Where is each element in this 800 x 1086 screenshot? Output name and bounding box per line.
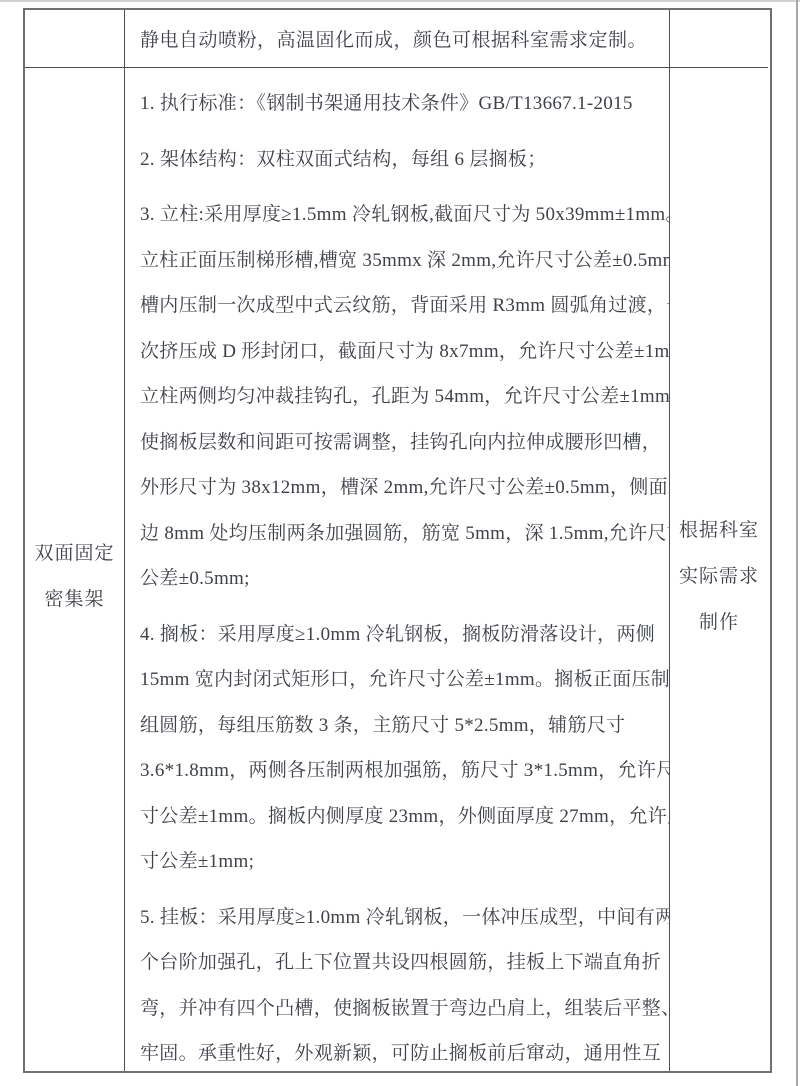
finish-row-description-cell: 静电自动喷粉，高温固化而成，颜色可根据科室需求定制。	[125, 10, 670, 68]
text-line: 实际需求	[679, 554, 759, 600]
spec-paragraph-upright-column: 3. 立柱:采用厚度≥1.5mm 冷轧钢板,截面尺寸为 50x39mm±1mm。…	[140, 192, 661, 602]
text-line: 密集架	[44, 577, 104, 623]
document-page: 静电自动喷粉，高温固化而成，颜色可根据科室需求定制。 双面固定密集架 1. 执行…	[0, 0, 800, 1086]
text-line: 双面固定	[34, 531, 114, 577]
text-line: 次挤压成 D 形封闭口，截面尺寸为 8x7mm，允许尺寸公差±1mm,	[140, 329, 661, 375]
text-line: 3.6*1.8mm，两侧各压制两根加强筋，筋尺寸 3*1.5mm，允许尺	[140, 748, 661, 794]
text-line: 根据科室	[679, 508, 759, 554]
text-line: 寸公差±1mm。搁板内侧厚度 23mm，外侧面厚度 27mm，允许尺	[140, 794, 661, 840]
spec-paragraph-standard: 1. 执行标准：《钢制书架通用技术条件》GB/T13667.1-2015	[140, 81, 661, 127]
specification-table: 静电自动喷粉，高温固化而成，颜色可根据科室需求定制。 双面固定密集架 1. 执行…	[23, 8, 772, 1073]
text-line: 边 8mm 处均压制两条加强圆筋，筋宽 5mm，深 1.5mm,允许尺寸	[140, 511, 661, 557]
text-line: 4. 搁板：采用厚度≥1.0mm 冷轧钢板，搁板防滑落设计，两侧	[140, 612, 661, 658]
finish-row-product-cell	[25, 10, 125, 68]
top-crop-line	[0, 0, 800, 2]
text-line: 使搁板层数和间距可按需调整，挂钩孔向内拉伸成腰形凹槽，	[140, 420, 661, 466]
specification-cell: 1. 执行标准：《钢制书架通用技术条件》GB/T13667.1-2015 2. …	[125, 68, 670, 1071]
product-name-cell: 双面固定密集架	[25, 68, 125, 1071]
text-line: 槽内压制一次成型中式云纹筋，背面采用 R3mm 圆弧角过渡，一	[140, 283, 661, 329]
spec-paragraph-hang-plate: 5. 挂板：采用厚度≥1.0mm 冷轧钢板，一体冲压成型，中间有两个台阶加强孔，…	[140, 895, 661, 1072]
text-line: 3. 立柱:采用厚度≥1.5mm 冷轧钢板,截面尺寸为 50x39mm±1mm。	[140, 192, 661, 238]
text-line: 立柱两侧均匀冲裁挂钩孔，孔距为 54mm，允许尺寸公差±1mm,	[140, 374, 661, 420]
text-line: 弯，并冲有四个凸槽，使搁板嵌置于弯边凸肩上，组装后平整、	[140, 986, 661, 1032]
text-line: 1. 执行标准：《钢制书架通用技术条件》GB/T13667.1-2015	[140, 81, 661, 127]
text-line: 寸公差±1mm;	[140, 839, 661, 885]
spec-paragraph-shelf-board: 4. 搁板：采用厚度≥1.0mm 冷轧钢板，搁板防滑落设计，两侧15mm 宽内封…	[140, 612, 661, 885]
remark-cell: 根据科室实际需求制作	[670, 68, 768, 1071]
text-line: 个台阶加强孔，孔上下位置共设四根圆筋，挂板上下端直角折	[140, 940, 661, 986]
finish-description-text: 静电自动喷粉，高温固化而成，颜色可根据科室需求定制。	[140, 25, 647, 52]
spec-paragraph-frame-structure: 2. 架体结构：双柱双面式结构，每组 6 层搁板；	[140, 137, 661, 183]
finish-row-remark-cell	[670, 10, 768, 68]
text-line: 牢固。承重性好，外观新颖，可防止搁板前后窜动，通用性互	[140, 1031, 661, 1071]
text-line: 公差±0.5mm;	[140, 556, 661, 602]
text-line: 2. 架体结构：双柱双面式结构，每组 6 层搁板；	[140, 137, 661, 183]
text-line: 15mm 宽内封闭式矩形口，允许尺寸公差±1mm。搁板正面压制两	[140, 657, 661, 703]
page-right-edge-line	[796, 0, 798, 1086]
text-line: 立柱正面压制梯形槽,槽宽 35mmx 深 2mm,允许尺寸公差±0.5mm,	[140, 238, 661, 284]
text-line: 制作	[699, 600, 739, 646]
text-line: 组圆筋，每组压筋数 3 条，主筋尺寸 5*2.5mm，辅筋尺寸	[140, 703, 661, 749]
text-line: 外形尺寸为 38x12mm，槽深 2mm,允许尺寸公差±0.5mm，侧面距	[140, 465, 661, 511]
text-line: 5. 挂板：采用厚度≥1.0mm 冷轧钢板，一体冲压成型，中间有两	[140, 895, 661, 941]
